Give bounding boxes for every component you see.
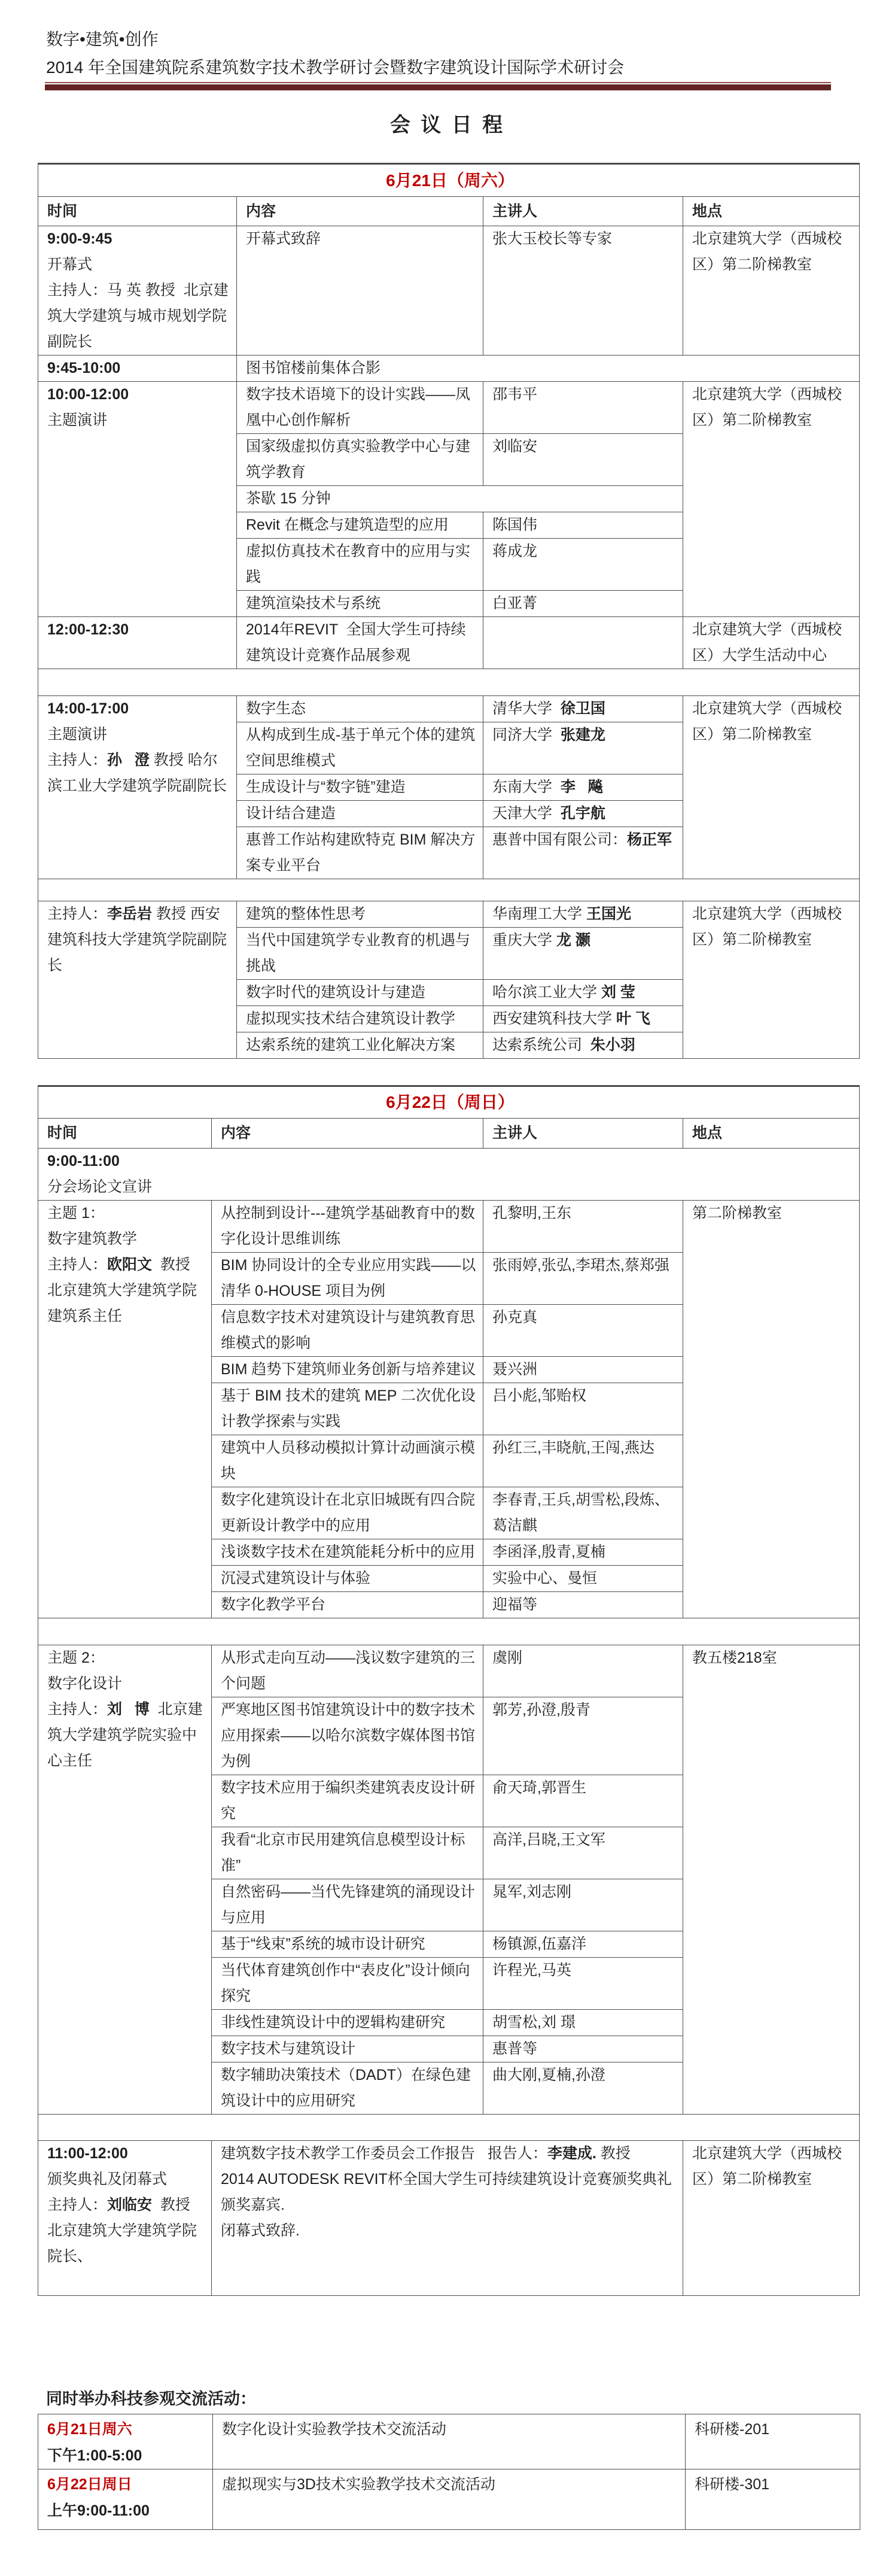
host-name: 李岳岩: [107, 906, 152, 922]
session-host: 主持人：刘临安 教授: [47, 2192, 205, 2218]
talk-speaker: 惠普中国有限公司：杨正军: [483, 827, 683, 879]
activity-venue: 科研楼-201: [686, 2414, 860, 2469]
talk-title: 生成设计与“数字链”建造: [237, 774, 483, 801]
conference-tagline: 数字•建筑•创作: [46, 29, 159, 50]
session-title: 颁奖典礼及闭幕式: [47, 2167, 205, 2192]
speaker-name: 孔宇航: [561, 805, 605, 822]
session-time-cell: 10:00-12:00 主题演讲: [38, 382, 237, 617]
theme-title: 数字化设计: [47, 1671, 205, 1697]
day2-date-heading: 6月22日（周日）: [38, 1086, 860, 1119]
talk-title: 当代中国建筑学专业教育的机遇与挑战: [237, 928, 483, 980]
talk-title: 国家级虚拟仿真实验教学中心与建筑学教育: [237, 434, 483, 486]
talk-speaker: 曲大刚,夏楠,孙澄: [483, 2062, 683, 2115]
speaker-name: 龙 灏: [556, 932, 590, 949]
talk-row: 主题 1： 数字建筑教学 主持人：欧阳文 教授 北京建筑大学建筑学院 建筑系主任…: [38, 1201, 860, 1253]
talk-speaker: 孔黎明,王东: [483, 1201, 683, 1253]
talk-speaker: 俞天琦,郭晋生: [483, 1775, 683, 1827]
talk-title: 数字技术与建筑设计: [212, 2036, 483, 2062]
theme-label: 主题 2：: [47, 1645, 205, 1671]
activity-time: 下午1:00-5:00: [47, 2443, 206, 2469]
talk-speaker: 达索系统公司 朱小羽: [483, 1032, 683, 1059]
session-time-cell: 14:00-17:00 主题演讲 主持人：孙 澄 教授 哈尔滨工业大学建筑学院副…: [38, 696, 237, 879]
talk-speaker: 许程光,马英: [483, 1958, 683, 2010]
activity-date: 6月21日周六: [47, 2416, 206, 2443]
session-row-parallel: 9:00-11:00 分会场论文宣讲: [38, 1149, 860, 1201]
talk-title: 达索系统的建筑工业化解决方案: [237, 1032, 483, 1059]
session-venue: 北京建筑大学（西城校区）第二阶梯教室: [683, 696, 860, 879]
session-venue: 第二阶梯教室: [683, 1201, 860, 1618]
talk-title: 严寒地区图书馆建筑设计中的数字技术应用探索——以哈尔滨数字媒体图书馆为例: [212, 1697, 483, 1775]
speaker-affiliation: 哈尔滨工业大学: [492, 984, 601, 1001]
talk-speaker: 李函泽,殷青,夏楠: [483, 1539, 683, 1566]
column-header-speaker: 主讲人: [483, 197, 683, 226]
theme-title: 数字建筑教学: [47, 1226, 205, 1252]
speaker-name: 王国光: [586, 906, 631, 922]
column-header-time: 时间: [38, 1119, 212, 1149]
session-time-cell: 12:00-12:30: [38, 617, 237, 669]
activity-date: 6月22日周日: [47, 2471, 206, 2498]
day1-date-row: 6月21日（周六）: [38, 164, 860, 197]
speaker-name: 杨正军: [627, 831, 672, 848]
column-header-content: 内容: [212, 1119, 483, 1149]
theme2-info-cell: 主题 2： 数字化设计 主持人：刘 博 北京建筑大学建筑学院实验中心主任: [38, 1645, 212, 2115]
host-name: 刘临安: [107, 2197, 152, 2213]
session-title: 主题演讲: [47, 408, 230, 433]
talk-row: 主持人：李岳岩 教授 西安建筑科技大学建筑学院副院长 建筑的整体性思考 华南理工…: [38, 901, 860, 928]
speaker-affiliation: 清华大学: [492, 700, 561, 717]
talk-speaker: 西安建筑科技大学 叶 飞: [483, 1006, 683, 1032]
header-rule-thin: [45, 82, 831, 83]
talk-title: 沉浸式建筑设计与体验: [212, 1566, 483, 1592]
talk-row: 主题 2： 数字化设计 主持人：刘 博 北京建筑大学建筑学院实验中心主任 从形式…: [38, 1645, 860, 1697]
talk-title: 建筑的整体性思考: [237, 901, 483, 928]
talk-title: 数字化建筑设计在北京旧城既有四合院更新设计教学中的应用: [212, 1487, 483, 1539]
session-host: 主持人：马 英 教授 北京建筑大学建筑与城市规划学院副院长: [47, 278, 230, 355]
spacer-row: [38, 879, 860, 901]
speaker-affiliation: 华南理工大学: [492, 906, 586, 922]
session-row-group-photo: 9:45-10:00 图书馆楼前集体合影: [38, 356, 860, 382]
talk-title: 数字化教学平台: [212, 1592, 483, 1618]
talk-speaker: 天津大学 孔宇航: [483, 801, 683, 827]
talk-speaker: 刘临安: [483, 434, 683, 486]
speaker-affiliation: 西安建筑科技大学: [492, 1010, 616, 1027]
session-venue: 北京建筑大学（西城校区）大学生活动中心: [683, 617, 860, 669]
report-title: 建筑数字技术教学工作委员会工作报告 报告人：: [221, 2145, 547, 2162]
talk-speaker: [483, 617, 683, 669]
talk-row: 10:00-12:00 主题演讲 数字技术语境下的设计实践——凤凰中心创作解析 …: [38, 382, 860, 434]
session-title: 开幕式: [47, 252, 230, 278]
talk-title: 数字生态: [237, 696, 483, 722]
spacer-row: [38, 669, 860, 696]
host-title: 教授: [152, 2197, 190, 2213]
day1-header-row: 时间 内容 主讲人 地点: [38, 197, 860, 226]
talk-speaker: 胡雪松,刘 璟: [483, 2010, 683, 2036]
talk-speaker: 实验中心、曼恒: [483, 1566, 683, 1592]
speaker-name: 叶 飞: [616, 1010, 650, 1027]
host-label: 主持人：: [47, 906, 107, 922]
talk-speaker: 重庆大学 龙 灏: [483, 928, 683, 980]
agenda-award-ceremony: 2014 AUTODESK REVIT杯全国大学生可持续建筑设计竞赛颁奖典礼: [221, 2167, 677, 2192]
host-name: 刘 博: [107, 1701, 150, 1718]
session-venue: 北京建筑大学（西城校区）第二阶梯教室: [683, 901, 860, 1059]
talk-speaker: 白亚菁: [483, 591, 683, 617]
talk-speaker: 孙红三,丰晓航,王闯,燕达: [483, 1435, 683, 1487]
talk-title: 数字技术应用于编织类建筑表皮设计研究: [212, 1775, 483, 1827]
activity-row: 6月21日周六 下午1:00-5:00 数字化设计实验教学技术交流活动 科研楼-…: [38, 2414, 860, 2469]
talk-title: 惠普工作站构建欧特克 BIM 解决方案专业平台: [237, 827, 483, 879]
talk-title: Revit 在概念与建筑造型的应用: [237, 512, 483, 539]
activity-venue: 科研楼-301: [686, 2469, 860, 2530]
column-header-speaker: 主讲人: [483, 1119, 683, 1149]
day2-schedule-table: 6月22日（周日） 时间 内容 主讲人 地点 9:00-11:00 分会场论文宣…: [38, 1085, 860, 2296]
talk-title: 我看“北京市民用建筑信息模型设计标准”: [212, 1827, 483, 1879]
session-time-cell: 9:45-10:00: [38, 356, 237, 382]
talk-title: 当代体育建筑创作中“表皮化”设计倾向探究: [212, 1958, 483, 2010]
host-name: 欧阳文: [107, 1256, 152, 1273]
talk-title: 自然密码——当代先锋建筑的涌现设计与应用: [212, 1879, 483, 1931]
speaker-affiliation: 达索系统公司: [492, 1037, 590, 1053]
session-venue: 北京建筑大学（西城校区）第二阶梯教室: [683, 2141, 860, 2296]
concurrent-activities-table: 6月21日周六 下午1:00-5:00 数字化设计实验教学技术交流活动 科研楼-…: [38, 2414, 860, 2530]
closing-agenda-cell: 建筑数字技术教学工作委员会工作报告 报告人：李建成. 教授 2014 AUTOD…: [212, 2141, 683, 2296]
talk-speaker: 杨镇源,伍嘉洋: [483, 1931, 683, 1958]
talk-title: 非线性建筑设计中的逻辑构建研究: [212, 2010, 483, 2036]
spacer-row: [38, 1618, 860, 1645]
talk-speaker: 惠普等: [483, 2036, 683, 2062]
column-header-content: 内容: [237, 197, 483, 226]
speaker-name: 张建龙: [561, 727, 605, 743]
talk-title: 信息数字技术对建筑设计与建筑教育思维模式的影响: [212, 1305, 483, 1357]
day1-schedule-table: 6月21日（周六） 时间 内容 主讲人 地点 9:00-9:45 开幕式 主持人…: [38, 163, 860, 1059]
session-time-cell: 9:00-11:00 分会场论文宣讲: [38, 1149, 860, 1201]
tea-break: 茶歇 15 分钟: [237, 486, 683, 512]
session-venue: 北京建筑大学（西城校区）第二阶梯教室: [683, 382, 860, 617]
column-header-venue: 地点: [683, 197, 860, 226]
speaker-name: 刘 莹: [601, 984, 635, 1001]
activity-title: 数字化设计实验教学技术交流活动: [213, 2414, 686, 2469]
speaker-name: 朱小羽: [590, 1037, 635, 1053]
host-label: 主持人：: [47, 2197, 107, 2213]
theme1-info-cell: 主题 1： 数字建筑教学 主持人：欧阳文 教授 北京建筑大学建筑学院 建筑系主任: [38, 1201, 212, 1618]
spacer-cell: [38, 2115, 860, 2141]
session-host: 主持人：李岳岩 教授 西安建筑科技大学建筑学院副院长: [47, 901, 230, 979]
day1-date-heading: 6月21日（周六）: [38, 164, 860, 197]
talk-title: 2014年REVIT 全国大学生可持续建筑设计竞赛作品展参观: [237, 617, 483, 669]
talk-title: 虚拟现实技术结合建筑设计教学: [237, 1006, 483, 1032]
talk-title: 从形式走向互动——浅议数字建筑的三个问题: [212, 1645, 483, 1697]
talk-speaker: 高洋,吕晓,王文军: [483, 1827, 683, 1879]
host-label: 主持人：: [47, 752, 107, 768]
talk-speaker: 蒋成龙: [483, 539, 683, 591]
concurrent-activities-heading: 同时举办科技参观交流活动：: [46, 2388, 256, 2410]
column-header-venue: 地点: [683, 1119, 860, 1149]
session-time: 9:00-9:45: [47, 226, 230, 252]
talk-speaker: 李春青,王兵,胡雪松,段炼、葛洁麒: [483, 1487, 683, 1539]
spacer-cell: [38, 879, 860, 901]
talk-speaker: 同济大学 张建龙: [483, 722, 683, 774]
spacer-cell: [38, 1618, 860, 1645]
talk-speaker: 孙克真: [483, 1305, 683, 1357]
talk-title: 数字时代的建筑设计与建造: [237, 980, 483, 1006]
host-affiliation: 北京建筑大学建筑学院: [47, 1278, 205, 1304]
speaker-name: 李 飚: [561, 779, 603, 795]
host-name: 孙 澄: [107, 752, 150, 768]
talk-speaker: 东南大学 李 飚: [483, 774, 683, 801]
host-label: 主持人：: [47, 1701, 107, 1718]
session-time-cell: 9:00-9:45 开幕式 主持人：马 英 教授 北京建筑大学建筑与城市规划学院…: [38, 226, 237, 356]
agenda-report: 建筑数字技术教学工作委员会工作报告 报告人：李建成. 教授: [221, 2141, 677, 2167]
speaker-affiliation: 同济大学: [492, 727, 561, 743]
report-speaker: 李建成.: [547, 2145, 596, 2162]
session-time: 10:00-12:00: [47, 382, 230, 408]
host-title: 教授: [152, 1256, 190, 1273]
host-position: 院长、: [47, 2244, 205, 2270]
talk-title: BIM 协同设计的全专业应用实践——以清华 0-HOUSE 项目为例: [212, 1253, 483, 1305]
session-host: 主持人：孙 澄 教授 哈尔滨工业大学建筑学院副院长: [47, 748, 230, 799]
session-time: 9:45-10:00: [47, 356, 230, 381]
speaker-affiliation: 东南大学: [492, 779, 561, 795]
session-time-cell: 主持人：李岳岩 教授 西安建筑科技大学建筑学院副院长: [38, 901, 237, 1059]
session-time-cell: 11:00-12:00 颁奖典礼及闭幕式 主持人：刘临安 教授 北京建筑大学建筑…: [38, 2141, 212, 2296]
talk-speaker: 清华大学 徐卫国: [483, 696, 683, 722]
session-venue: 教五楼218室: [683, 1645, 860, 2115]
agenda-closing-speech: 闭幕式致辞.: [221, 2218, 677, 2244]
talk-speaker: 张大玉校长等专家: [483, 226, 683, 356]
talk-title: 建筑中人员移动模拟计算计动画演示模块: [212, 1435, 483, 1487]
talk-title: BIM 趋势下建筑师业务创新与培养建议: [212, 1357, 483, 1383]
talk-speaker: 哈尔滨工业大学 刘 莹: [483, 980, 683, 1006]
session-title: 主题演讲: [47, 722, 230, 748]
talk-speaker: 吕小彪,邹贻权: [483, 1383, 683, 1435]
talk-speaker: 晁军,刘志刚: [483, 1879, 683, 1931]
theme-label: 主题 1：: [47, 1201, 205, 1226]
activity-row: 6月22日周日 上午9:00-11:00 虚拟现实与3D技术实验教学技术交流活动…: [38, 2469, 860, 2530]
spacer-cell: [38, 669, 860, 696]
agenda-award-presenters: 颁奖嘉宾.: [221, 2192, 677, 2218]
day2-date-row: 6月22日（周日）: [38, 1086, 860, 1119]
activity-when-cell: 6月22日周日 上午9:00-11:00: [38, 2469, 213, 2530]
session-time: 12:00-12:30: [47, 617, 230, 643]
column-header-time: 时间: [38, 197, 237, 226]
session-time: 11:00-12:00: [47, 2141, 205, 2167]
host-label: 主持人：: [47, 1256, 107, 1273]
activity-time: 上午9:00-11:00: [47, 2498, 206, 2524]
activity-when-cell: 6月21日周六 下午1:00-5:00: [38, 2414, 213, 2469]
talk-row: 14:00-17:00 主题演讲 主持人：孙 澄 教授 哈尔滨工业大学建筑学院副…: [38, 696, 860, 722]
talk-speaker: 张雨婷,张弘,李珺杰,蔡郑强: [483, 1253, 683, 1305]
day2-header-row: 时间 内容 主讲人 地点: [38, 1119, 860, 1149]
spacer-row: [38, 2115, 860, 2141]
talk-speaker: 聂兴洲: [483, 1357, 683, 1383]
activity-title: 虚拟现实与3D技术实验教学技术交流活动: [213, 2469, 686, 2530]
session-host: 主持人：欧阳文 教授: [47, 1252, 205, 1278]
talk-title: 浅谈数字技术在建筑能耗分析中的应用: [212, 1539, 483, 1566]
session-time: 14:00-17:00: [47, 696, 230, 722]
talk-speaker: 郭芳,孙澄,殷青: [483, 1697, 683, 1775]
host-affiliation: 北京建筑大学建筑学院: [47, 2218, 205, 2244]
host-position: 建筑系主任: [47, 1304, 205, 1329]
talk-title: 虚拟仿真技术在教育中的应用与实践: [237, 539, 483, 591]
speaker-affiliation: 重庆大学: [492, 932, 556, 949]
page-title: 会 议 日 程: [0, 113, 895, 138]
talk-title: 从构成到生成-基于单元个体的建筑空间思维模式: [237, 722, 483, 774]
talk-title: 数字辅助决策技术（DADT）在绿色建筑设计中的应用研究: [212, 2062, 483, 2115]
session-row-closing: 11:00-12:00 颁奖典礼及闭幕式 主持人：刘临安 教授 北京建筑大学建筑…: [38, 2141, 860, 2296]
report-speaker-title: 教授: [596, 2145, 631, 2162]
talk-speaker: 邵韦平: [483, 382, 683, 434]
session-row-opening: 9:00-9:45 开幕式 主持人：马 英 教授 北京建筑大学建筑与城市规划学院…: [38, 226, 860, 356]
talk-speaker: 华南理工大学 王国光: [483, 901, 683, 928]
talk-title: 数字技术语境下的设计实践——凤凰中心创作解析: [237, 382, 483, 434]
talk-speaker: 迎福等: [483, 1592, 683, 1618]
talk-title: 基于“线束”系统的城市设计研究: [212, 1931, 483, 1958]
talk-title: 基于 BIM 技术的建筑 MEP 二次优化设计教学探索与实践: [212, 1383, 483, 1435]
header-rule-thick: [45, 84, 831, 90]
speaker-affiliation: 天津大学: [492, 805, 561, 822]
talk-speaker: 虞刚: [483, 1645, 683, 1697]
session-time: 9:00-11:00: [47, 1149, 853, 1174]
speaker-name: 徐卫国: [561, 700, 605, 717]
session-host: 主持人：刘 博 北京建筑大学建筑学院实验中心主任: [47, 1697, 205, 1774]
conference-title: 2014 年全国建筑院系建筑数字技术教学研讨会暨数字建筑设计国际学术研讨会: [46, 57, 624, 78]
session-content: 图书馆楼前集体合影: [237, 356, 860, 382]
talk-title: 从控制到设计---建筑学基础教育中的数字化设计思维训练: [212, 1201, 483, 1253]
session-venue: 北京建筑大学（西城校区）第二阶梯教室: [683, 226, 860, 356]
talk-title: 建筑渲染技术与系统: [237, 591, 483, 617]
session-row-exhibition: 12:00-12:30 2014年REVIT 全国大学生可持续建筑设计竞赛作品展…: [38, 617, 860, 669]
talk-title: 开幕式致辞: [237, 226, 483, 356]
talk-title: 设计结合建造: [237, 801, 483, 827]
talk-speaker: 陈国伟: [483, 512, 683, 539]
speaker-affiliation: 惠普中国有限公司：: [492, 831, 627, 848]
session-title: 分会场论文宣讲: [47, 1174, 853, 1200]
